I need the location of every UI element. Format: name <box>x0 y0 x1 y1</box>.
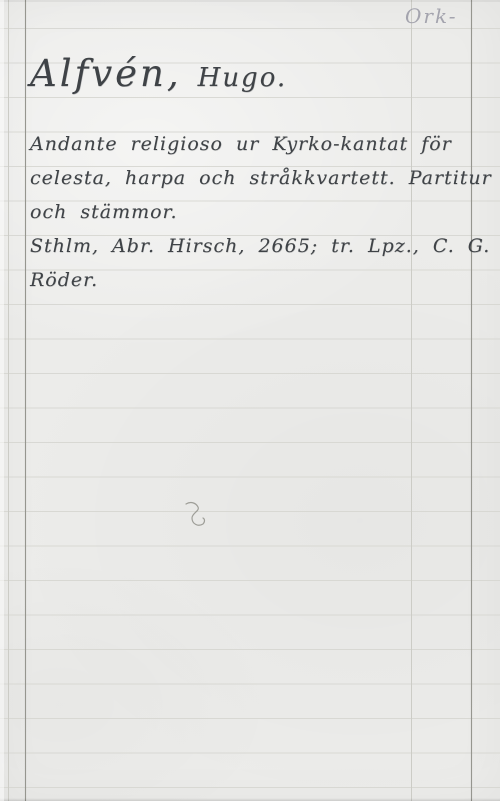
heading-forename: Hugo. <box>198 63 288 93</box>
entry-line: Sthlm, Abr. Hirsch, 2665; tr. Lpz., C. G… <box>30 229 480 263</box>
left-edge-rule-line <box>8 0 9 801</box>
catalog-card-page: Ork- Alfvén,Hugo. Andante religioso ur K… <box>0 0 500 801</box>
stray-ink-squiggle <box>184 499 208 533</box>
entry-body: Andante religioso ur Kyrko-kantat för ce… <box>30 127 480 297</box>
entry-heading: Alfvén,Hugo. <box>30 52 287 95</box>
left-margin-line <box>25 0 26 801</box>
entry-line: celesta, harpa och stråkkvartett. Partit… <box>30 161 480 195</box>
ruled-lines <box>0 0 500 801</box>
corner-annotation-pencil: Ork- <box>405 4 457 28</box>
heading-surname: Alfvén, <box>30 52 182 95</box>
entry-line: Röder. <box>30 263 480 297</box>
right-margin-line <box>471 0 472 801</box>
right-inner-rule-line <box>411 0 412 801</box>
entry-line: Andante religioso ur Kyrko-kantat för <box>30 127 480 161</box>
entry-line: och stämmor. <box>30 195 480 229</box>
